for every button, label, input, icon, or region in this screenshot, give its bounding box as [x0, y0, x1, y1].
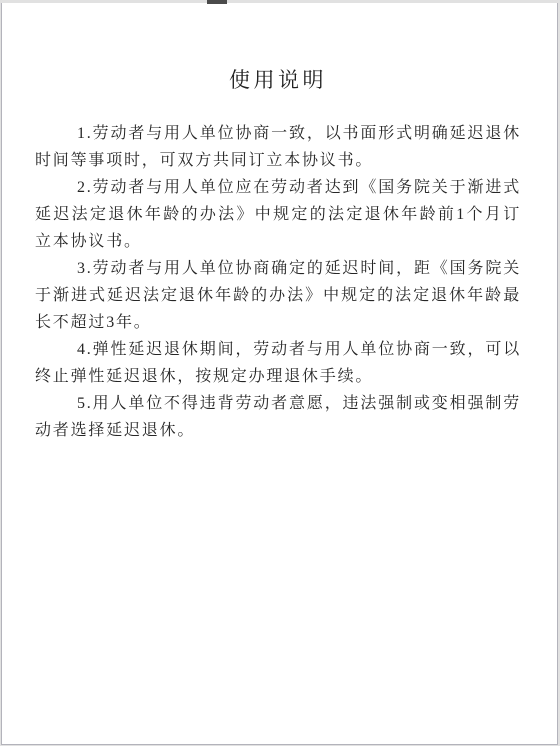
instruction-paragraph-2: 2.劳动者与用人单位应在劳动者达到《国务院关于渐进式延迟法定退休年龄的办法》中规… [35, 174, 521, 255]
instruction-paragraph-1: 1.劳动者与用人单位协商一致，以书面形式明确延迟退休时间等事项时，可双方共同订立… [35, 120, 521, 174]
top-edge-strip [0, 0, 560, 3]
page-title: 使用说明 [35, 65, 521, 95]
document-viewport: 使用说明 1.劳动者与用人单位协商一致，以书面形式明确延迟退休时间等事项时，可双… [0, 0, 560, 746]
instruction-paragraph-4: 4.弹性延迟退休期间，劳动者与用人单位协商一致，可以终止弹性延迟退休，按规定办理… [35, 336, 521, 390]
instruction-paragraph-5: 5.用人单位不得违背劳动者意愿，违法强制或变相强制劳动者选择延迟退休。 [35, 390, 521, 444]
document-content: 使用说明 1.劳动者与用人单位协商一致，以书面形式明确延迟退休时间等事项时，可双… [2, 3, 557, 444]
document-page: 使用说明 1.劳动者与用人单位协商一致，以书面形式明确延迟退休时间等事项时，可双… [1, 2, 558, 745]
document-body: 1.劳动者与用人单位协商一致，以书面形式明确延迟退休时间等事项时，可双方共同订立… [35, 120, 521, 444]
instruction-paragraph-3: 3.劳动者与用人单位协商确定的延迟时间，距《国务院关于渐进式延迟法定退休年龄的办… [35, 255, 521, 336]
top-edge-marker [207, 0, 227, 4]
